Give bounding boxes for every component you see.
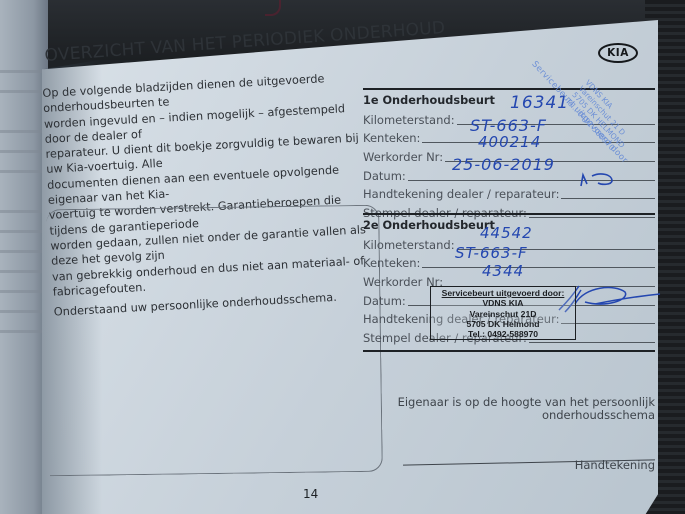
maintenance-schema-box xyxy=(46,205,383,477)
handwritten-km-2: 44542 xyxy=(480,224,533,242)
previous-page xyxy=(0,0,48,514)
section-rule xyxy=(363,213,655,215)
page-number: 14 xyxy=(303,487,318,501)
kia-logo: KIA xyxy=(598,43,638,63)
dealer-stamp: Servicebeurt uitgevoerd door: VDNS KIA V… xyxy=(430,286,576,340)
handwritten-plate-2: ST-663-F xyxy=(455,244,528,262)
handwritten-workorder-1: 400214 xyxy=(478,133,541,151)
section-rule xyxy=(363,88,655,90)
section-rule xyxy=(363,350,655,352)
handwritten-date-1: 25-06-2019 xyxy=(452,155,555,174)
owner-signature-label: Handtekening xyxy=(560,458,655,472)
seat-stitching xyxy=(265,0,281,16)
handwritten-workorder-2: 4344 xyxy=(482,262,524,280)
signature-1 xyxy=(578,170,618,190)
owner-statement: Eigenaar is op de hoogte van het persoon… xyxy=(390,396,655,422)
